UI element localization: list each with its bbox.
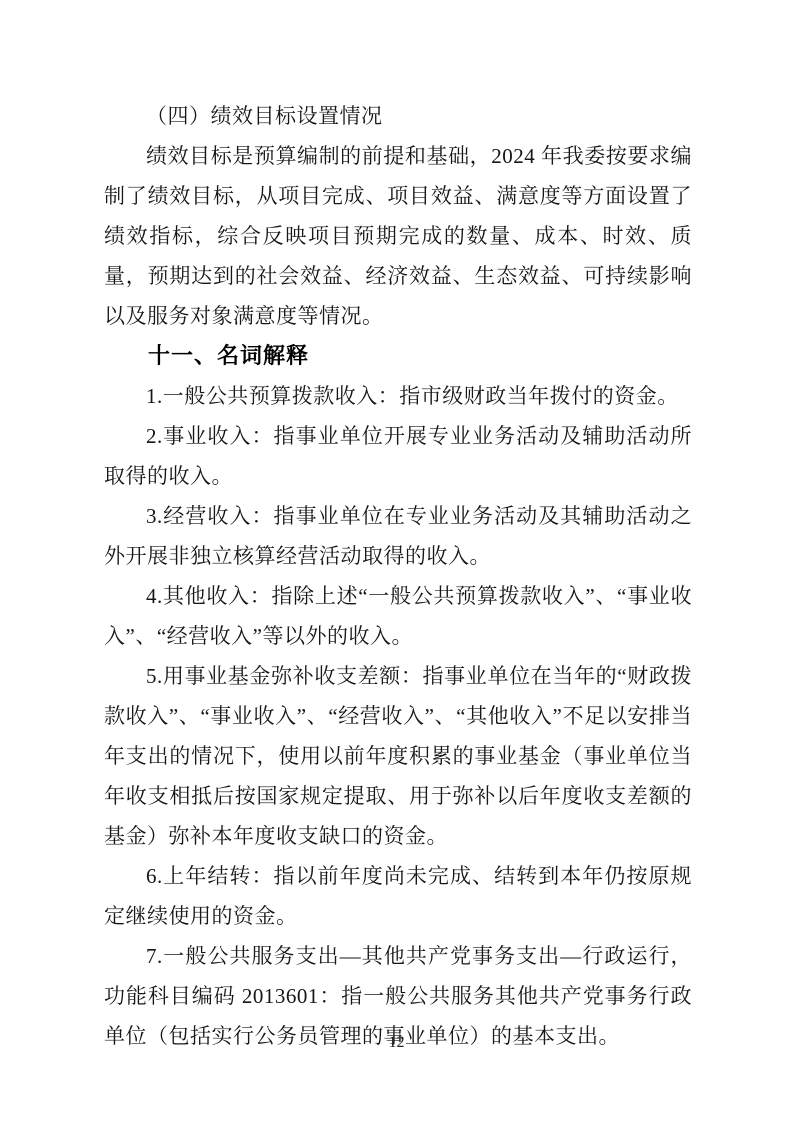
page-number: 12 (0, 1034, 793, 1052)
term-definition-2: 2.事业收入：指事业单位开展专业业务活动及辅助活动所取得的收入。 (104, 416, 692, 496)
term-definition-3: 3.经营收入：指事业单位在专业业务活动及其辅助活动之外开展非独立核算经营活动取得… (104, 496, 692, 576)
section11-heading: 十一、名词解释 (104, 336, 692, 376)
term-definition-4: 4.其他收入：指除上述“一般公共预算拨款收入”、“事业收入”、“经营收入”等以外… (104, 576, 692, 656)
term-definition-1: 1.一般公共预算拨款收入：指市级财政当年拨付的资金。 (104, 376, 692, 416)
document-body: （四）绩效目标设置情况 绩效目标是预算编制的前提和基础，2024 年我委按要求编… (104, 96, 692, 1056)
term-definition-5: 5.用事业基金弥补收支差额：指事业单位在当年的“财政拨款收入”、“事业收入”、“… (104, 656, 692, 856)
section4-heading: （四）绩效目标设置情况 (104, 96, 692, 136)
document-page: （四）绩效目标设置情况 绩效目标是预算编制的前提和基础，2024 年我委按要求编… (0, 0, 793, 1122)
section4-paragraph: 绩效目标是预算编制的前提和基础，2024 年我委按要求编制了绩效目标，从项目完成… (104, 136, 692, 336)
term-definition-6: 6.上年结转：指以前年度尚未完成、结转到本年仍按原规定继续使用的资金。 (104, 856, 692, 936)
